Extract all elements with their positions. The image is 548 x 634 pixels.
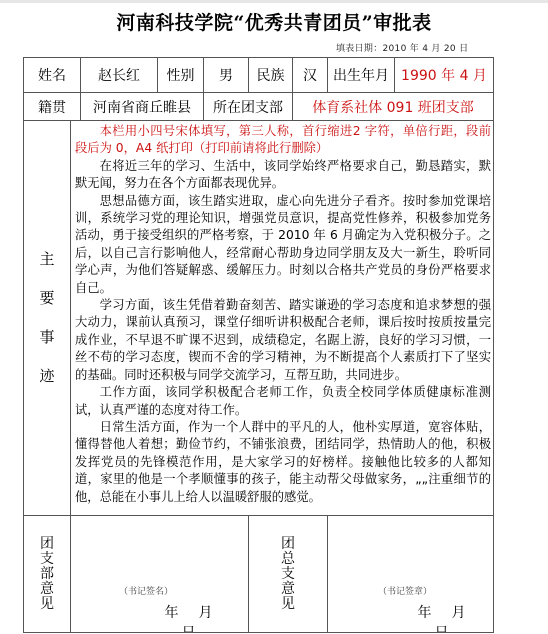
label-char: 团 <box>249 537 327 551</box>
row-main-deeds: 主 要 事 迹 本栏用小四号宋体填写，第三人称，首行缩进2 字符，单倍行距，段前… <box>24 121 494 516</box>
date-month: 月 <box>199 605 213 621</box>
ethnicity-label: 民族 <box>249 58 293 93</box>
origin-value[interactable]: 河南省商丘睢县 <box>81 93 204 121</box>
label-char: 支 <box>24 552 70 566</box>
general-opinion-field[interactable]: （书记签章） 年月日 <box>328 516 494 633</box>
top-edge <box>0 0 548 3</box>
branch-sign-note: （书记签名） <box>119 584 173 597</box>
label-char: 团 <box>24 537 70 551</box>
paragraph-daily-life: 日常生活方面，作为一个人群中的平凡的人，他朴实厚道，宽容体贴，懂得替他人着想；勤… <box>75 419 491 506</box>
date-year: 年 <box>418 605 432 621</box>
label-char: 意 <box>249 582 327 596</box>
label-char: 支 <box>249 567 327 581</box>
name-value[interactable]: 赵长红 <box>81 58 158 93</box>
fill-date: 填表日期：2010 年 4 月 20 日 <box>336 41 468 54</box>
main-deeds-label: 主 要 事 迹 <box>24 121 71 516</box>
branch-opinion-label: 团 支 部 意 见 <box>24 516 71 633</box>
label-char: 见 <box>24 597 70 611</box>
label-char: 总 <box>249 552 327 566</box>
branch-value[interactable]: 体育系社体 091 班团支部 <box>293 93 494 121</box>
branch-opinion-field[interactable]: （书记签名） 年月日 <box>71 516 249 633</box>
name-label: 姓名 <box>24 58 81 93</box>
date-day: 日 <box>435 625 449 633</box>
row-basic-info: 姓名 赵长红 性别 男 民族 汉 出生年月 1990 年 4 月 <box>24 58 494 93</box>
birth-label: 出生年月 <box>328 58 395 93</box>
date-month: 月 <box>452 605 466 621</box>
paragraph-intro: 在将近三年的学习、生活中，该同学始终严格要求自己，勤恳踏实，默默无闻，努力在各个… <box>75 158 491 193</box>
main-deeds-content[interactable]: 本栏用小四号宋体填写，第三人称，首行缩进2 字符，单倍行距，段前段后为 0，A4… <box>71 121 494 516</box>
paragraph-study: 学习方面，该生凭借着勤奋刻苦、踏实谦逊的学习态度和追求梦想的强大动力，课前认真预… <box>75 297 491 384</box>
branch-sign-date: 年月日 <box>149 602 248 633</box>
ethnicity-value[interactable]: 汉 <box>293 58 328 93</box>
birth-value[interactable]: 1990 年 4 月 <box>395 58 494 93</box>
general-sign-note: （书记签章） <box>378 584 432 597</box>
instruction-text: 本栏用小四号宋体填写，第三人称，首行缩进2 字符，单倍行距，段前段后为 0，A4… <box>75 123 491 158</box>
row-opinions: 团 支 部 意 见 （书记签名） 年月日 团 总 支 意 见 （书记签章） <box>24 516 494 633</box>
label-char: 意 <box>24 582 70 596</box>
row-origin-branch: 籍贯 河南省商丘睢县 所在团支部 体育系社体 091 班团支部 <box>24 93 494 121</box>
label-char: 见 <box>249 597 327 611</box>
approval-form-table: 姓名 赵长红 性别 男 民族 汉 出生年月 1990 年 4 月 籍贯 河南省商… <box>23 57 494 633</box>
date-day: 日 <box>182 625 196 633</box>
general-sign-date: 年月日 <box>410 602 493 633</box>
label-char: 迹 <box>24 369 70 384</box>
origin-label: 籍贯 <box>24 93 81 121</box>
label-char: 主 <box>24 252 70 267</box>
label-char: 要 <box>24 291 70 306</box>
gender-value[interactable]: 男 <box>204 58 249 93</box>
paragraph-work: 工作方面，该同学积极配合老师工作，负责全校同学体质健康标准测试，认真严谨的态度对… <box>75 384 491 419</box>
paragraph-ideology: 思想品德方面，该生踏实进取，虚心向先进分子看齐。按时参加党课培训，系统学习党的理… <box>75 193 491 297</box>
gender-label: 性别 <box>158 58 204 93</box>
branch-label: 所在团支部 <box>204 93 293 121</box>
date-year: 年 <box>165 605 179 621</box>
page-title: 河南科技学院“优秀共青团员”审批表 <box>0 8 548 35</box>
general-opinion-label: 团 总 支 意 见 <box>249 516 328 633</box>
label-char: 事 <box>24 330 70 345</box>
label-char: 部 <box>24 567 70 581</box>
